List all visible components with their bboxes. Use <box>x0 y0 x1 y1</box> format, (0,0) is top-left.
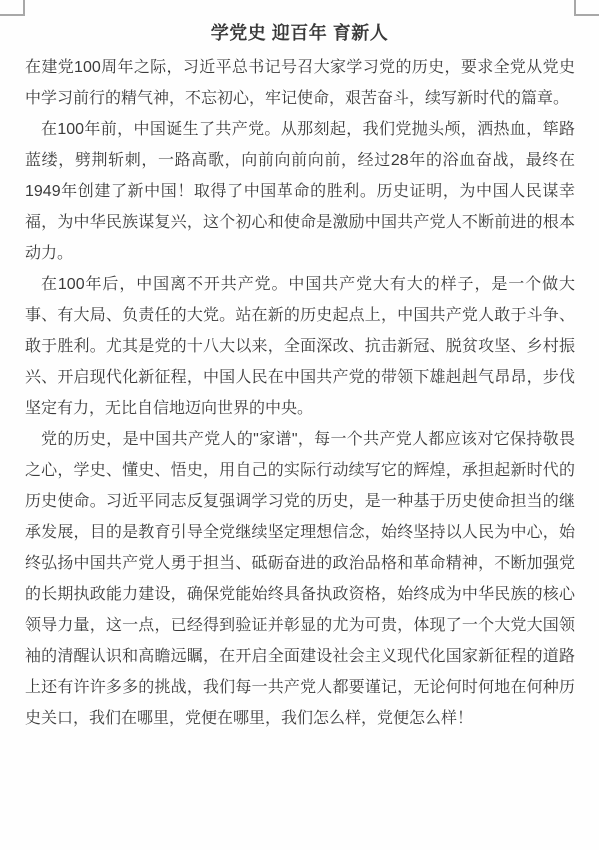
crop-mark-top-right <box>574 0 599 16</box>
paragraph-party-history: 党的历史，是中国共产党人的"家谱"，每一个共产党人都应该对它保持敬畏之心，学史、… <box>25 424 575 734</box>
document-title: 学党史 迎百年 育新人 <box>0 0 599 44</box>
paragraph-intro: 在建党100周年之际，习近平总书记号召大家学习党的历史，要求全党从党史中学习前行… <box>25 52 575 114</box>
crop-mark-top-left <box>0 0 25 16</box>
document-page: 学党史 迎百年 育新人 在建党100周年之际，习近平总书记号召大家学习党的历史，… <box>0 0 599 850</box>
paragraph-100-years-later: 在100年后，中国离不开共产党。中国共产党大有大的样子，是一个做大事、有大局、负… <box>25 269 575 424</box>
paragraph-100-years-ago: 在100年前，中国诞生了共产党。从那刻起，我们党抛头颅，洒热血，筚路蓝缕，劈荆斩… <box>25 114 575 269</box>
document-body: 在建党100周年之际，习近平总书记号召大家学习党的历史，要求全党从党史中学习前行… <box>25 52 575 734</box>
